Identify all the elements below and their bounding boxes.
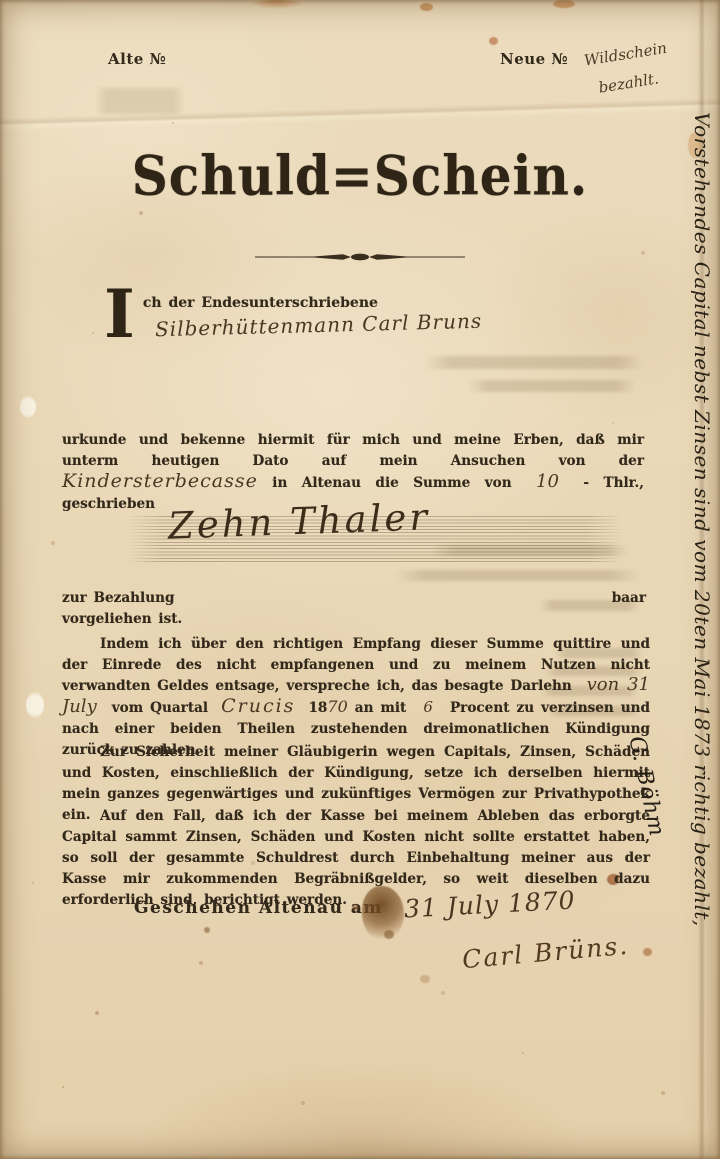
- schuldschein-document: Alte № Neue № Wildschein bezahlt. Schuld…: [0, 0, 720, 1159]
- interest-clause-part1: Indem ich über den richtigen Empfang die…: [62, 636, 650, 694]
- handwritten-amount-words: Zehn Thaler: [167, 495, 430, 547]
- intro-paragraph: Ich der EndesunterschriebeneSilberhütten…: [104, 292, 664, 340]
- new-number-label: Neue №: [500, 50, 568, 68]
- interest-clause-part2: vom Quartal: [112, 700, 208, 716]
- bleed-through-text: [95, 88, 185, 114]
- payment-clause: zur Bezahlung baar vorgeliehen ist.: [62, 588, 646, 630]
- interest-clause-part3: 18: [308, 700, 327, 716]
- stain: [420, 3, 433, 11]
- old-number-label: Alte №: [108, 50, 166, 68]
- intro-printed-text: ch der Endesunterschriebene: [143, 295, 378, 311]
- margin-repayment-note: Vorstehendes Capital nebst Zinsen sind v…: [690, 112, 714, 1154]
- bleed-through-text: [395, 570, 640, 581]
- paper-freckles: [0, 0, 2, 2]
- ink-blot-droplet: [384, 930, 394, 939]
- handwritten-amount-numeric: 10: [526, 471, 569, 492]
- handwritten-interest-rate: 6: [413, 698, 443, 716]
- handwritten-borrower-name: Silberhüttenmann Carl Bruns: [155, 310, 482, 339]
- ink-blot-droplet: [352, 904, 359, 911]
- handwritten-quarter-name: Crucis: [215, 695, 301, 717]
- loan-clause-part2: in Altenau die Summe von: [272, 475, 511, 491]
- stain: [553, 0, 575, 8]
- handwritten-execution-date: 31 July 1870: [403, 888, 576, 922]
- stain: [246, 0, 308, 11]
- payment-clause-right: baar: [612, 588, 646, 609]
- document-title: Schuld=Schein.: [0, 144, 720, 208]
- loan-clause-part1: urkunde und bekenne hiermit für mich und…: [62, 432, 644, 469]
- paper-hole: [26, 692, 44, 718]
- payment-clause-line2: vorgeliehen ist.: [62, 609, 646, 630]
- stain: [643, 948, 652, 956]
- stain: [420, 975, 430, 983]
- stain: [489, 37, 498, 45]
- dropcap-initial: I: [104, 288, 135, 340]
- handwritten-lender-name: Kindersterbecasse: [62, 470, 258, 492]
- stain: [204, 927, 210, 933]
- handwritten-signature: Carl Brüns.: [461, 931, 630, 974]
- payment-clause-left: zur Bezahlung: [62, 588, 174, 609]
- interest-clause-part4: an mit: [355, 700, 407, 716]
- bleed-through-text: [424, 356, 644, 369]
- ornament-divider: [255, 248, 465, 270]
- handwritten-year: 70: [327, 697, 347, 716]
- execution-printed: Geschehen Altenau am: [134, 898, 383, 918]
- paper-hole: [20, 396, 36, 418]
- ink-blot: [362, 886, 404, 940]
- bleed-through-text: [468, 380, 636, 392]
